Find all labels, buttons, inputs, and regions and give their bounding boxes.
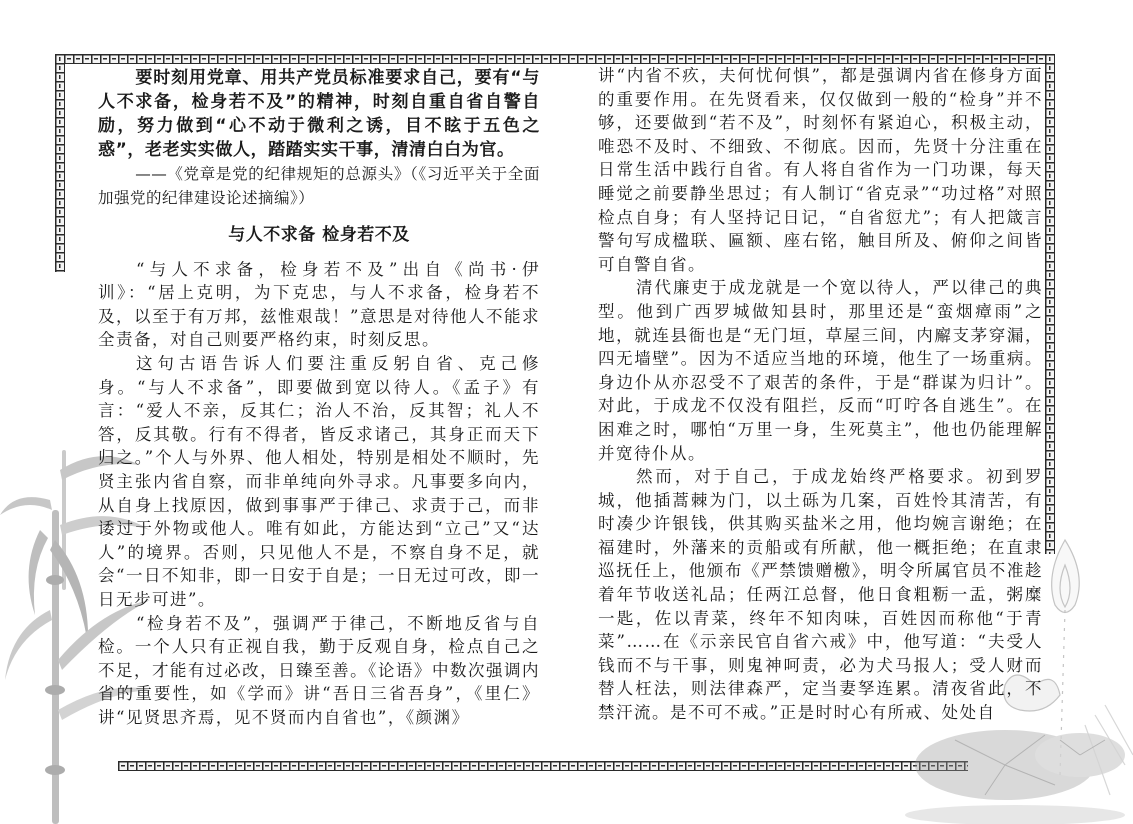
paragraph: “检身若不及”，强调严于律己，不断地反省与自检。一个人只有正视自我，勤于反观自身…	[98, 612, 540, 730]
greek-key-border-bottom	[118, 761, 968, 771]
left-column: 要时刻用党章、用共产党员标准要求自己，要有“与人不求备，检身若不及”的精神，时刻…	[98, 64, 540, 729]
epigraph-quote: 要时刻用党章、用共产党员标准要求自己，要有“与人不求备，检身若不及”的精神，时刻…	[98, 66, 540, 162]
paragraph: 清代廉吏于成龙就是一个宽以待人，严以律己的典型。他到广西罗城做知县时，那里还是“…	[598, 276, 1043, 465]
article-title: 与人不求备 检身若不及	[98, 224, 540, 248]
greek-key-border-top	[55, 54, 1055, 64]
paragraph: 这句古语告诉人们要注重反躬自省、克己修身。“与人不求备”，即要做到宽以待人。《孟…	[98, 352, 540, 612]
greek-key-border-right	[1045, 54, 1055, 554]
paragraph-continued: 讲“内省不疚，夫何忧何惧”，都是强调内省在修身方面的重要作用。在先贤看来，仅仅做…	[598, 64, 1043, 276]
right-column: 讲“内省不疚，夫何忧何惧”，都是强调内省在修身方面的重要作用。在先贤看来，仅仅做…	[598, 64, 1043, 725]
paragraph: 然而，对于自己，于成龙始终严格要求。初到罗城，他插蒿棘为门，以土砾为几案，百姓怜…	[598, 465, 1043, 725]
epigraph-source: ——《党章是党的纪律规矩的总源头》（《习近平关于全面加强党的纪律建设论述摘编》）	[98, 162, 540, 210]
greek-key-border-left	[55, 54, 65, 272]
paragraph: “与人不求备，检身若不及”出自《尚书·伊训》：“居上克明，为下克忠，与人不求备，…	[98, 258, 540, 352]
